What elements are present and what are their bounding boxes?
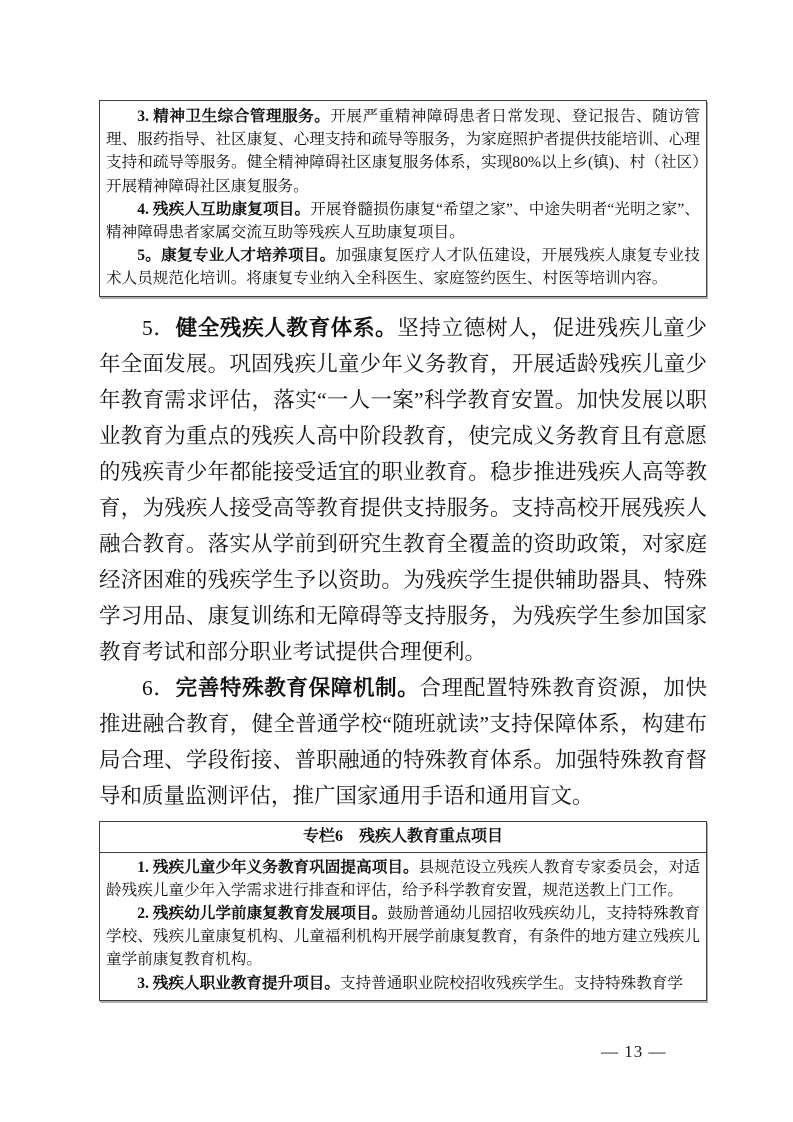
body-paragraph: 5．健全残疾人教育体系。坚持立德树人，促进残疾儿童少年全面发展。巩固残疾儿童少年… — [99, 310, 707, 670]
paragraph-body: 坚持立德树人，促进残疾儿童少年全面发展。巩固残疾儿童少年义务教育，开展适龄残疾儿… — [99, 316, 707, 664]
paragraph-title: 完善特殊教育保障机制。 — [176, 676, 420, 700]
education-projects-box: 专栏6 残疾人教育重点项目 1. 残疾儿童少年义务教育巩固提高项目。县规范设立残… — [99, 821, 707, 1001]
box-item: 3. 精神卫生综合管理服务。开展严重精神障碍患者日常发现、登记报告、随访管理、服… — [106, 105, 700, 198]
box-item: 3. 残疾人职业教育提升项目。支持普通职业院校招收残疾学生。支持特殊教育学 — [106, 972, 700, 995]
paragraph-number: 5． — [142, 316, 176, 340]
box-item: 2. 残疾幼儿学前康复教育发展项目。鼓励普通幼儿园招收残疾幼儿，支持特殊教育学校… — [106, 902, 700, 972]
document-page: 3. 精神卫生综合管理服务。开展严重精神障碍患者日常发现、登记报告、随访管理、服… — [99, 100, 707, 1001]
box-item-title: 4. 残疾人互助康复项目。 — [137, 201, 310, 218]
box-item-title: 3. 精神卫生综合管理服务。 — [137, 108, 330, 125]
box-item-title: 1. 残疾儿童少年义务教育巩固提高项目。 — [137, 859, 418, 876]
box-item: 5。康复专业人才培养项目。加强康复医疗人才队伍建设，开展残疾人康复专业技术人员规… — [106, 244, 700, 290]
paragraph-title: 健全残疾人教育体系。 — [176, 316, 398, 340]
body-paragraph: 6．完善特殊教育保障机制。合理配置特殊教育资源，加快推进融合教育，健全普通学校“… — [99, 670, 707, 814]
paragraph-number: 6． — [142, 676, 176, 700]
box-item-body: 支持普通职业院校招收残疾学生。支持特殊教育学 — [340, 975, 683, 992]
box-body: 1. 残疾儿童少年义务教育巩固提高项目。县规范设立残疾人教育专家委员会，对适龄残… — [106, 856, 700, 995]
box-item-title: 2. 残疾幼儿学前康复教育发展项目。 — [137, 905, 387, 922]
box-item: 1. 残疾儿童少年义务教育巩固提高项目。县规范设立残疾人教育专家委员会，对适龄残… — [106, 856, 700, 902]
rehab-projects-box: 3. 精神卫生综合管理服务。开展严重精神障碍患者日常发现、登记报告、随访管理、服… — [99, 100, 707, 297]
box-header: 专栏6 残疾人教育重点项目 — [100, 822, 706, 853]
box-item-title: 3. 残疾人职业教育提升项目。 — [137, 975, 340, 992]
box-item-title: 5。康复专业人才培养项目。 — [137, 247, 335, 264]
box-item: 4. 残疾人互助康复项目。开展脊髓损伤康复“希望之家”、中途失明者“光明之家”、… — [106, 198, 700, 244]
page-number: — 13 — — [601, 1042, 667, 1062]
